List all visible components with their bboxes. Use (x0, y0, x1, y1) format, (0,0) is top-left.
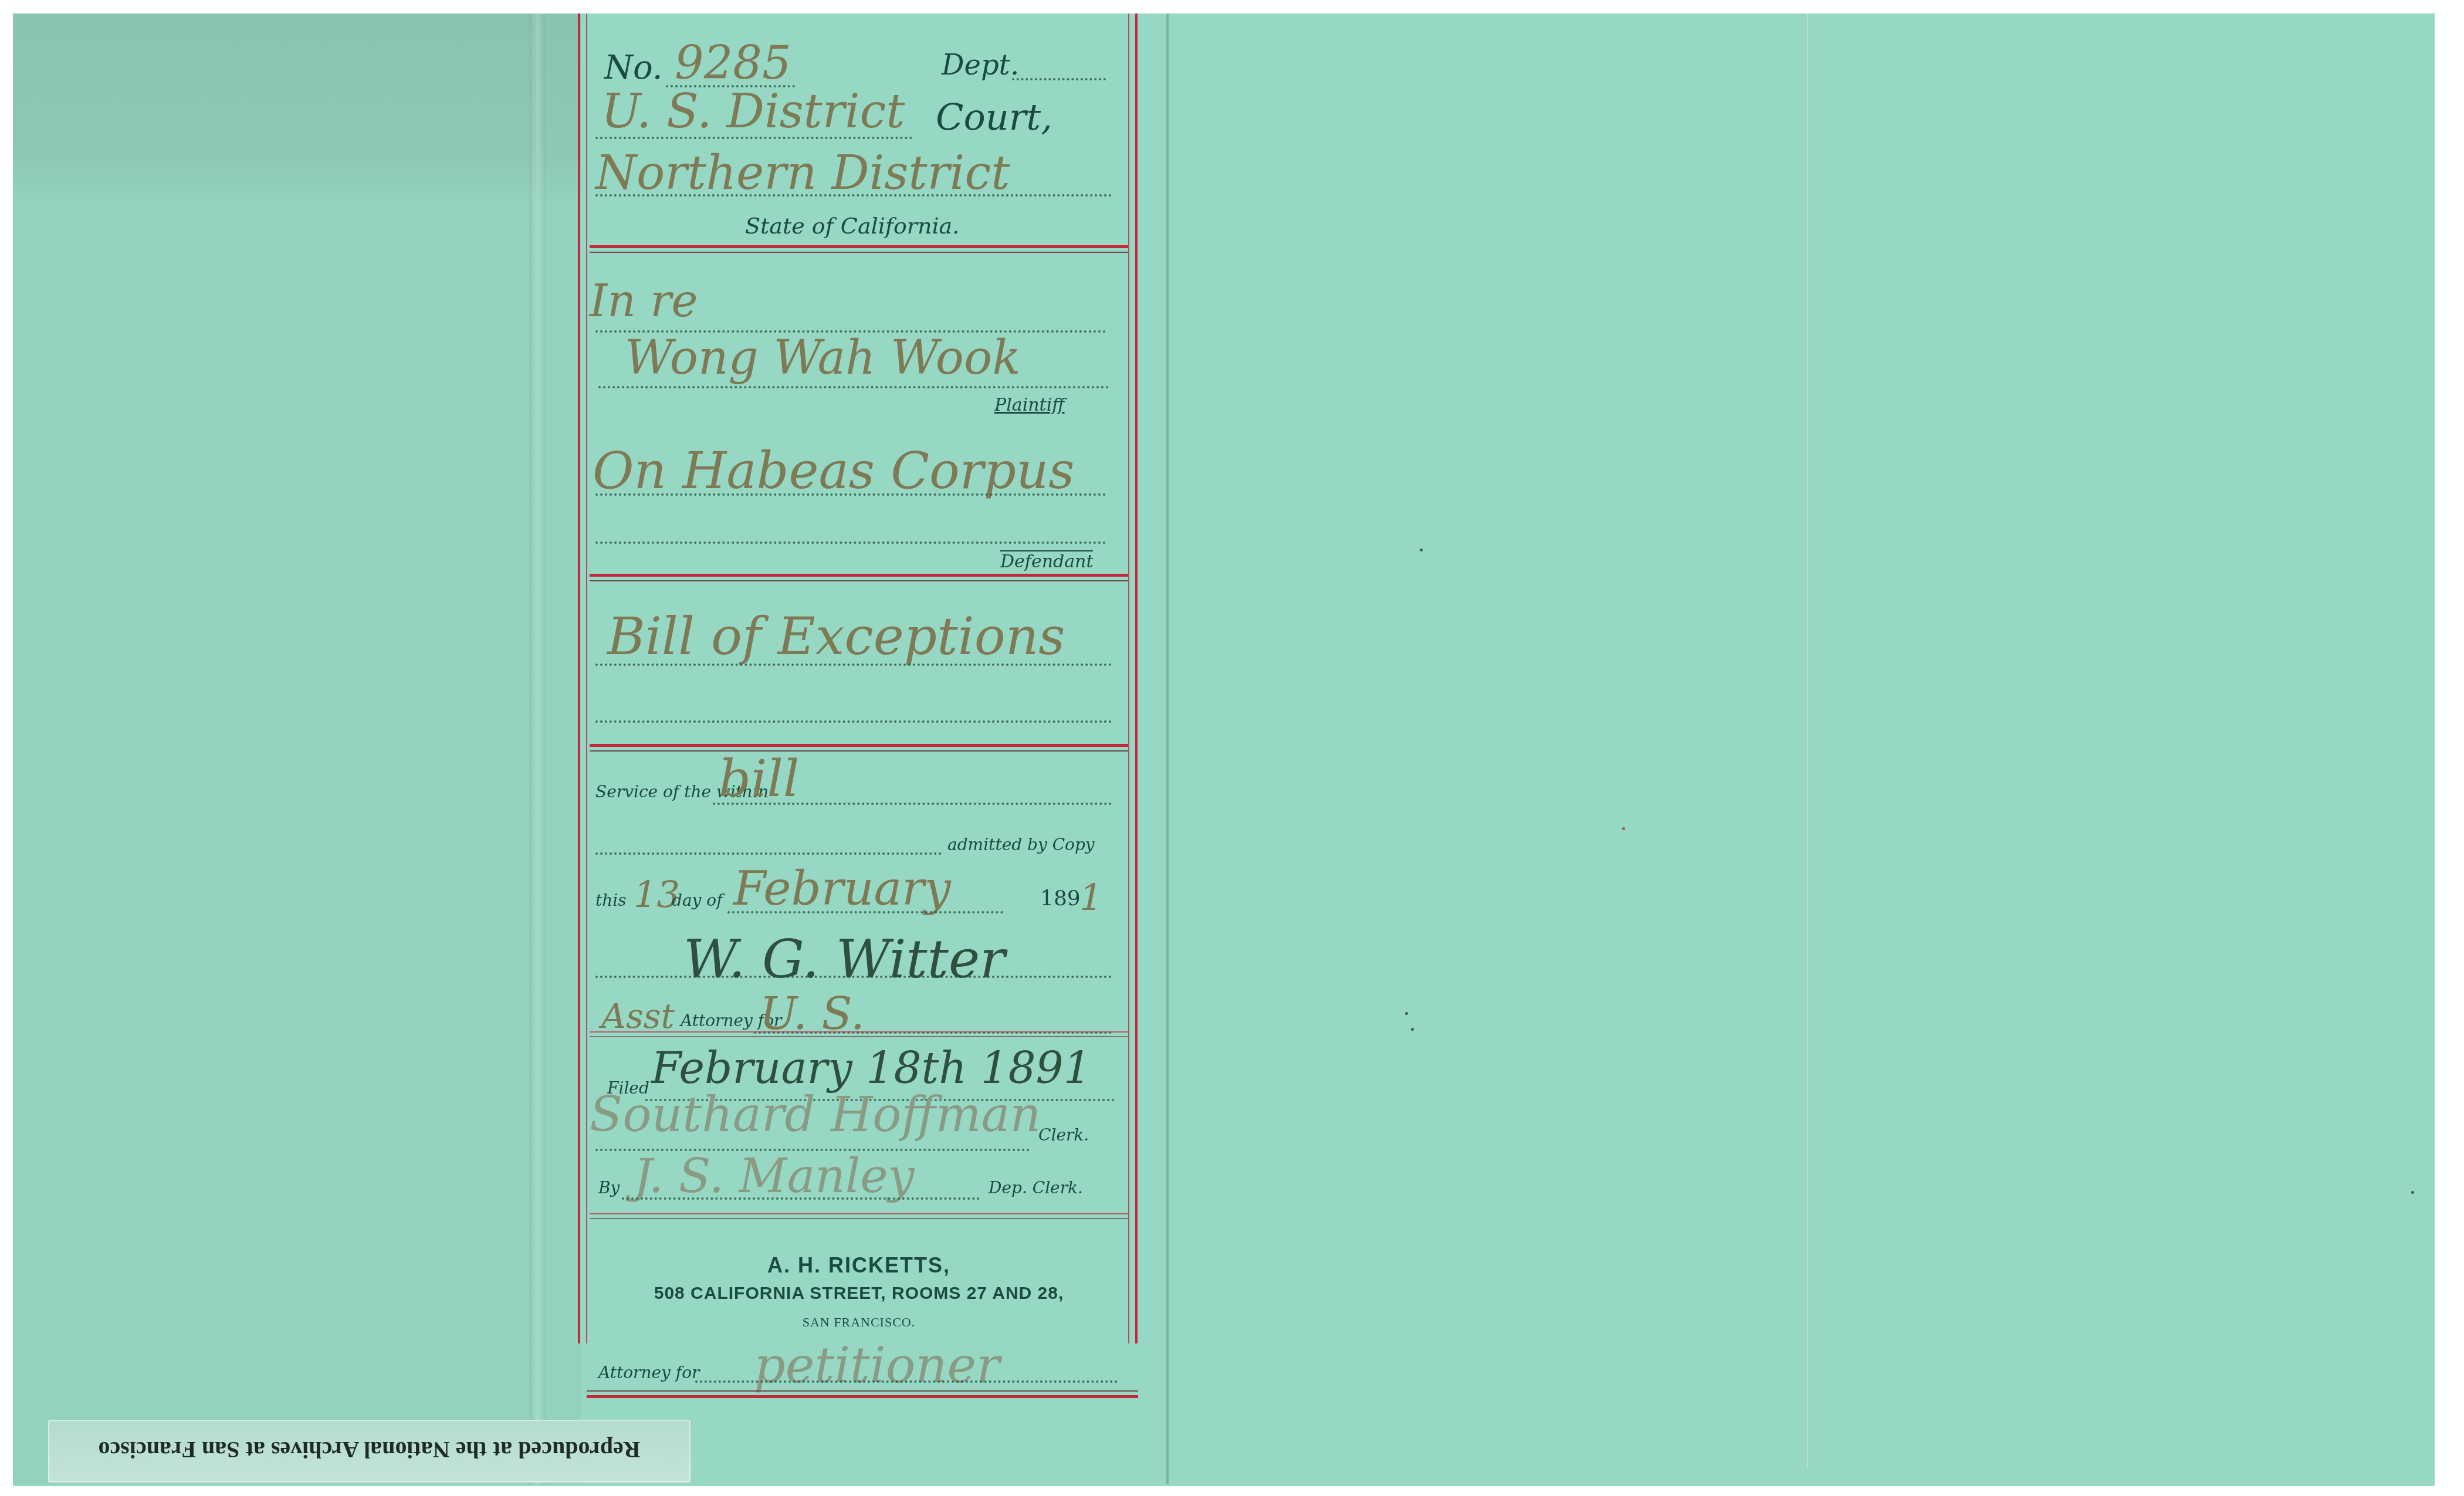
admitted-line (595, 852, 942, 855)
dep-clerk-label: Dep. Clerk. (989, 1178, 1083, 1197)
archive-label-text: Reproduced at the National Archives at S… (48, 1436, 691, 1464)
court-handwritten: U. S. District (601, 84, 905, 138)
attorney-address: 508 CALIFORNIA STREET, ROOMS 27 AND 28, (578, 1284, 1140, 1304)
defendant-label: Defendant (1000, 550, 1093, 572)
border-left-outer (578, 13, 580, 1343)
defendant-line-2 (595, 541, 1106, 544)
ink-speck (1420, 549, 1423, 551)
plaintiff-line (598, 386, 1109, 388)
signature: W. G. Witter (683, 929, 1005, 990)
border-right-outer (1135, 13, 1138, 1343)
section-divider (590, 744, 1128, 752)
deputy-name: J. S. Manley (634, 1149, 915, 1203)
court-form-cover: No. 9285 Dept. U. S. District Court, Nor… (578, 13, 1140, 1343)
title-line-1 (595, 664, 1112, 666)
section-divider (590, 1213, 1128, 1219)
admitted-label: admitted by Copy (947, 835, 1095, 854)
form-bottom-rule (587, 1390, 1138, 1398)
archive-reproduction-label: Reproduced at the National Archives at S… (48, 1420, 691, 1483)
border-right-inner (1128, 13, 1129, 1343)
attorney-name: A. H. RICKETTS, (578, 1253, 1140, 1278)
dept-label: Dept. (942, 49, 1019, 82)
panel-edge-line (1166, 13, 1169, 1484)
plaintiff-name: Wong Wah Wook (625, 330, 1021, 385)
attorney-for-label-2: Attorney for (598, 1363, 699, 1382)
attorney-for-line-2 (695, 1380, 1118, 1383)
year-printed: 189 (1040, 886, 1081, 911)
deputy-line (622, 1197, 980, 1200)
border-left-inner (586, 13, 587, 1343)
district-handwritten: Northern District (595, 145, 1010, 200)
in-re: In re (590, 275, 698, 327)
by-label: By (598, 1178, 620, 1197)
year-handwritten: 1 (1079, 876, 1102, 919)
ink-speck (1411, 1028, 1414, 1031)
fold-crease (1806, 13, 1809, 1468)
day-of-label: day of (672, 891, 723, 910)
ink-speck (2411, 1191, 2414, 1194)
case-number: 9285 (675, 37, 791, 90)
service-month: February (733, 861, 951, 916)
left-fold-panel (13, 13, 581, 1484)
district-line (595, 194, 1112, 197)
title-line-2 (595, 720, 1112, 723)
attorney-for-petitioner: petitioner (754, 1336, 1000, 1394)
filed-date: February 18th 1891 (651, 1043, 1091, 1094)
section-divider (590, 574, 1128, 581)
court-printed: Court, (936, 96, 1052, 138)
ink-speck (1405, 1012, 1408, 1015)
month-line (727, 911, 1003, 913)
dept-line (1012, 78, 1106, 80)
service-line (713, 803, 1112, 805)
service-item: bill (719, 750, 800, 808)
no-label: No. (604, 49, 663, 87)
court-line (595, 137, 912, 139)
defendant-line-1 (595, 493, 1106, 496)
signature-line (595, 976, 1112, 978)
document-title: Bill of Exceptions (607, 606, 1065, 666)
attorney-city: SAN FRANCISCO. (578, 1315, 1140, 1330)
section-divider (590, 1031, 1128, 1037)
asst-handwritten: Asst (601, 996, 675, 1036)
ink-speck (1622, 827, 1625, 830)
this-label: this (595, 891, 627, 910)
plaintiff-label: Plaintiff (994, 395, 1065, 415)
clerk-label: Clerk. (1038, 1125, 1089, 1145)
defendant-line-text: On Habeas Corpus (593, 442, 1074, 500)
state-label: State of California. (745, 213, 959, 239)
clerk-name: Southard Hoffman (590, 1087, 1041, 1143)
section-divider (590, 245, 1128, 253)
